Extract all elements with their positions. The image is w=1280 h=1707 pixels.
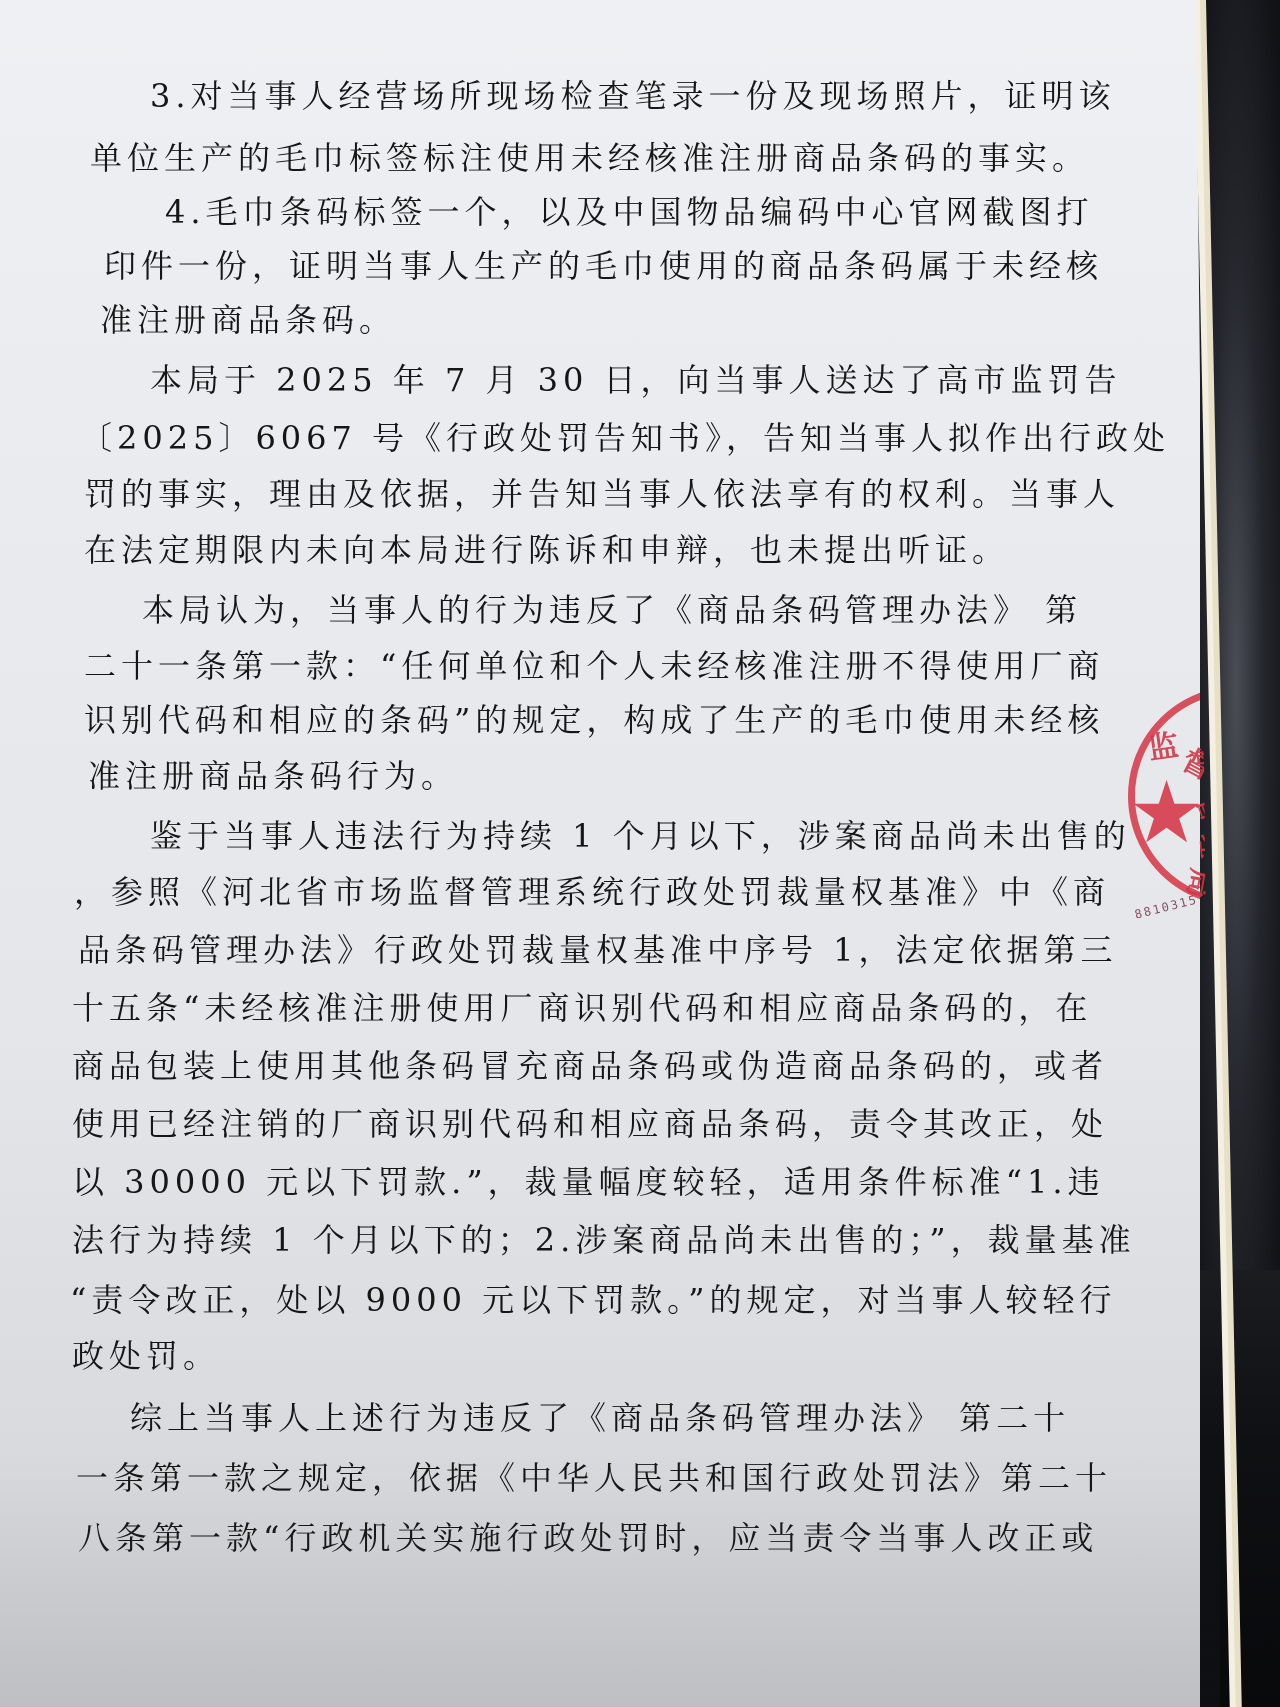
text-line: 单位生产的毛巾标签标注使用未经核准注册商品条码的事实。 [90, 138, 1089, 178]
text-line: 政处罚。 [72, 1336, 220, 1376]
text-line: 商品包装上使用其他条码冒充商品条码或伪造商品条码的，或者 [72, 1046, 1108, 1086]
text-line: 一条第一款之规定，依据《中华人民共和国行政处罚法》第二十 [76, 1458, 1112, 1498]
text-line: 法行为持续 1 个月以下的；2.涉案商品尚未出售的；”，裁量基准 [72, 1220, 1136, 1260]
text-line: 二十一条第一款：“任何单位和个人未经核准注册不得使用厂商 [84, 646, 1104, 686]
text-line: 罚的事实，理由及依据，并告知当事人依法享有的权利。当事人 [84, 474, 1120, 514]
text-line: 鉴于当事人违法行为持续 1 个月以下，涉案商品尚未出售的 [150, 816, 1131, 856]
text-line: 八条第一款“行政机关实施行政处罚时，应当责令当事人改正或 [78, 1518, 1098, 1558]
text-line: 3.对当事人经营场所现场检查笔录一份及现场照片，证明该 [150, 76, 1116, 116]
text-line: 综上当事人上述行为违反了《商品条码管理办法》 第二十 [130, 1398, 1070, 1438]
text-line: 以 30000 元以下罚款.”，裁量幅度较轻，适用条件标准“1.违 [72, 1162, 1105, 1202]
text-line: 识别代码和相应的条码”的规定，构成了生产的毛巾使用未经核 [84, 700, 1104, 740]
text-line: 〔2025〕6067 号《行政处罚告知书》，告知当事人拟作出行政处 [80, 418, 1170, 458]
text-line: “责令改正，处以 9000 元以下罚款。”的规定，对当事人较轻行 [70, 1280, 1117, 1320]
text-line: 印件一份，证明当事人生产的毛巾使用的商品条码属于未经核 [104, 246, 1103, 286]
document-body: 3.对当事人经营场所现场检查笔录一份及现场照片，证明该 单位生产的毛巾标签标注使… [0, 0, 1200, 1707]
text-line: 准注册商品条码行为。 [88, 756, 458, 796]
text-line: 十五条“未经核准注册使用厂商识别代码和相应商品条码的，在 [72, 988, 1092, 1028]
text-line: 在法定期限内未向本局进行陈诉和申辩，也未提出听证。 [84, 530, 1009, 570]
text-line: 使用已经注销的厂商识别代码和相应商品条码，责令其改正，处 [72, 1104, 1108, 1144]
text-line: 品条码管理办法》行政处罚裁量权基准中序号 1，法定依据第三 [78, 930, 1118, 970]
text-line: 4.毛巾条码标签一个，以及中国物品编码中心官网截图打 [165, 192, 1094, 232]
text-line: 本局于 2025 年 7 月 30 日，向当事人送达了高市监罚告 [150, 360, 1122, 400]
text-line: ，参照《河北省市场监督管理系统行政处罚裁量权基准》中《商 [74, 872, 1110, 912]
text-line: 准注册商品条码。 [100, 300, 396, 340]
text-line: 本局认为，当事人的行为违反了《商品条码管理办法》 第 [142, 590, 1082, 630]
